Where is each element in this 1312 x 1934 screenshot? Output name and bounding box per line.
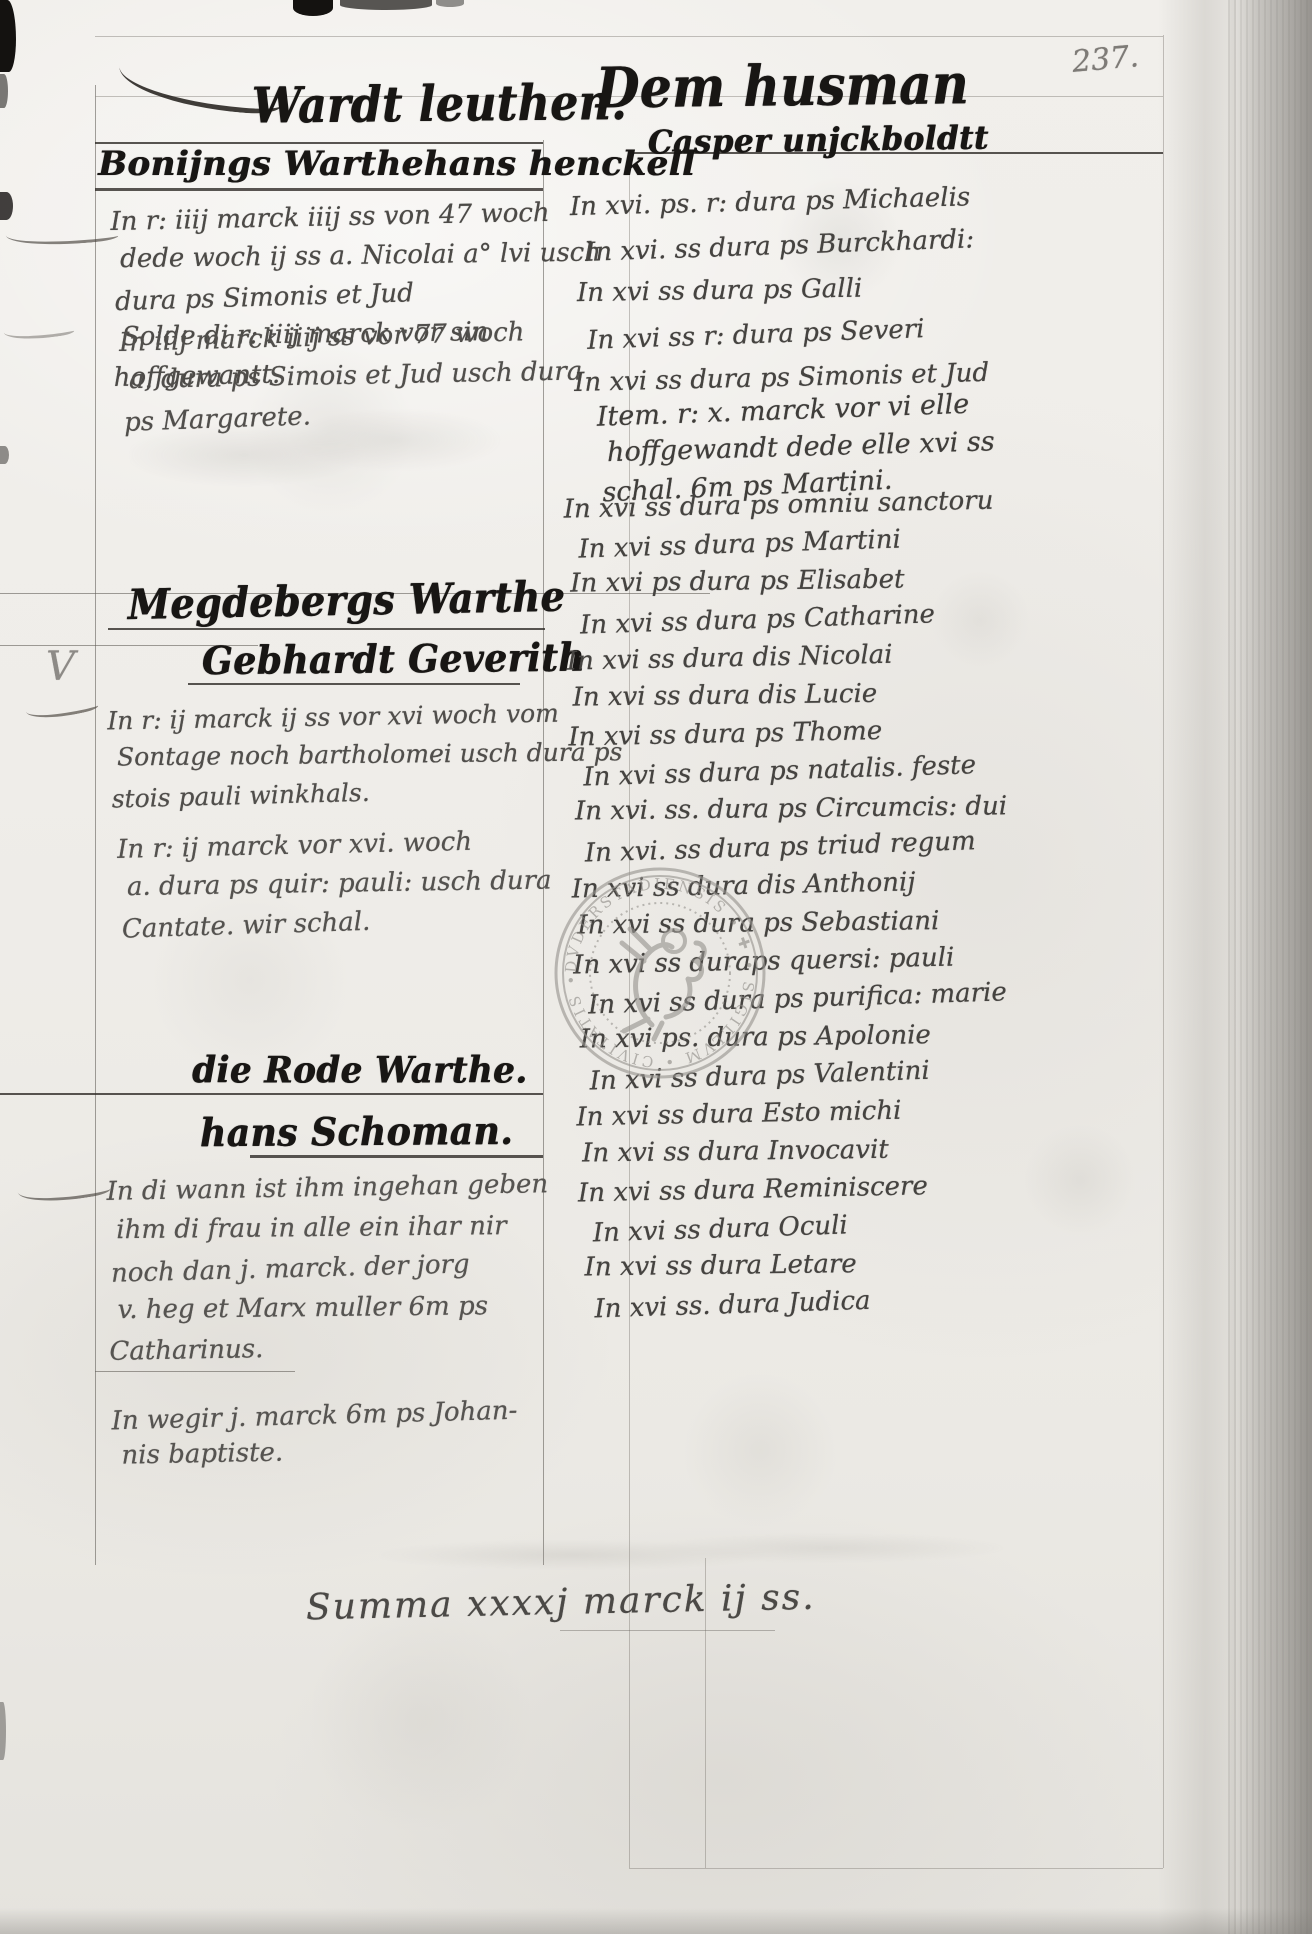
- svg-text:DVDERSTADIENSIS • ✚ • SIGILLVM: DVDERSTADIENSIS • ✚ • SIGILLVM • CIVITAT…: [562, 875, 758, 1071]
- ruled-horizontal-line: [95, 36, 1163, 37]
- section-title: die Rode Warthe.: [192, 1049, 527, 1092]
- entry-block: In r: ij marck vor xvi. wocha. dura ps q…: [117, 821, 544, 948]
- top-edge-blot: [436, 0, 464, 7]
- summa-total: Summa xxxxj marck ij ss.: [306, 1577, 816, 1629]
- manuscript-line: In xvi ss dura dis Lucie: [572, 673, 1005, 716]
- entry-block: In r: ij marck ij ss vor xvi woch vomSon…: [107, 694, 614, 817]
- entry-block: In iiij marck iiij ss vor 77 wocha. dura…: [119, 312, 575, 441]
- manuscript-page: 237. V Wardt leuthen. Bonijngs Warthe ha…: [0, 0, 1312, 1934]
- right-column-title: Dem husman: [595, 51, 969, 121]
- heading-underline: [250, 1155, 543, 1158]
- lion-rampant-icon: [622, 929, 704, 1039]
- section-title: Megdebergs Warthe: [127, 571, 565, 629]
- payment-entries: In xvi. ps. r: dura ps MichaelisIn xvi. …: [569, 175, 989, 405]
- ruled-horizontal-line: [629, 1868, 1163, 1869]
- section-keeper-name: hans Schoman.: [200, 1108, 513, 1156]
- ruled-vertical-line: [95, 85, 96, 1565]
- page-number: 237.: [1071, 39, 1141, 80]
- marginal-swash: [5, 221, 118, 250]
- corner-blot: [0, 0, 16, 72]
- book-edge-band: [1228, 0, 1312, 1934]
- city-seal-stamp: DVDERSTADIENSIS • ✚ • SIGILLVM • CIVITAT…: [545, 858, 775, 1088]
- manuscript-line: v. heg et Marx muller 6m ps: [117, 1286, 559, 1331]
- entry-block: In wegir j. marck 6m ps Johan-nis baptis…: [111, 1393, 519, 1476]
- marginal-swash: [25, 693, 99, 725]
- warthe-name: Bonijngs Warthe: [98, 144, 424, 184]
- flourish-line: [560, 1630, 775, 1631]
- ruled-vertical-line: [1163, 35, 1164, 1868]
- marginal-swash: [3, 319, 74, 344]
- entry-block: In di wann ist ihm ingehan gebenihm di f…: [106, 1164, 551, 1372]
- top-edge-blot: [293, 0, 333, 16]
- page-fold-crease: [1158, 0, 1236, 1934]
- bottom-edge-shadow: [0, 1908, 1312, 1934]
- section-keeper-name: Gebhardt Geverith: [202, 635, 585, 684]
- heading-underline: [0, 1093, 543, 1095]
- heading-underline: [108, 628, 545, 630]
- manuscript-line: Catharinus.: [109, 1324, 551, 1372]
- manuscript-line: In xvi ss dura Invocavit: [582, 1129, 1015, 1172]
- manuscript-line: nis baptiste.: [121, 1430, 528, 1474]
- stamp-legend: DVDERSTADIENSIS • ✚ • SIGILLVM • CIVITAT…: [562, 875, 758, 1071]
- edge-blot: [0, 1702, 6, 1760]
- edge-blot: [0, 192, 13, 220]
- margin-mark: V: [46, 644, 75, 690]
- edge-blot: [0, 74, 8, 108]
- manuscript-line: In di wann ist ihm ingehan geben: [106, 1164, 548, 1212]
- top-edge-blot: [340, 0, 432, 10]
- heading-underline: [95, 188, 543, 191]
- left-column-title: Wardt leuthen.: [252, 74, 627, 135]
- marginal-swash: [17, 1173, 111, 1208]
- left-column-subtitle-row: Bonijngs Warthe hans henckell: [98, 144, 543, 184]
- edge-blot: [0, 446, 9, 464]
- right-keeper-name: Casper unjckboldtt: [647, 119, 988, 162]
